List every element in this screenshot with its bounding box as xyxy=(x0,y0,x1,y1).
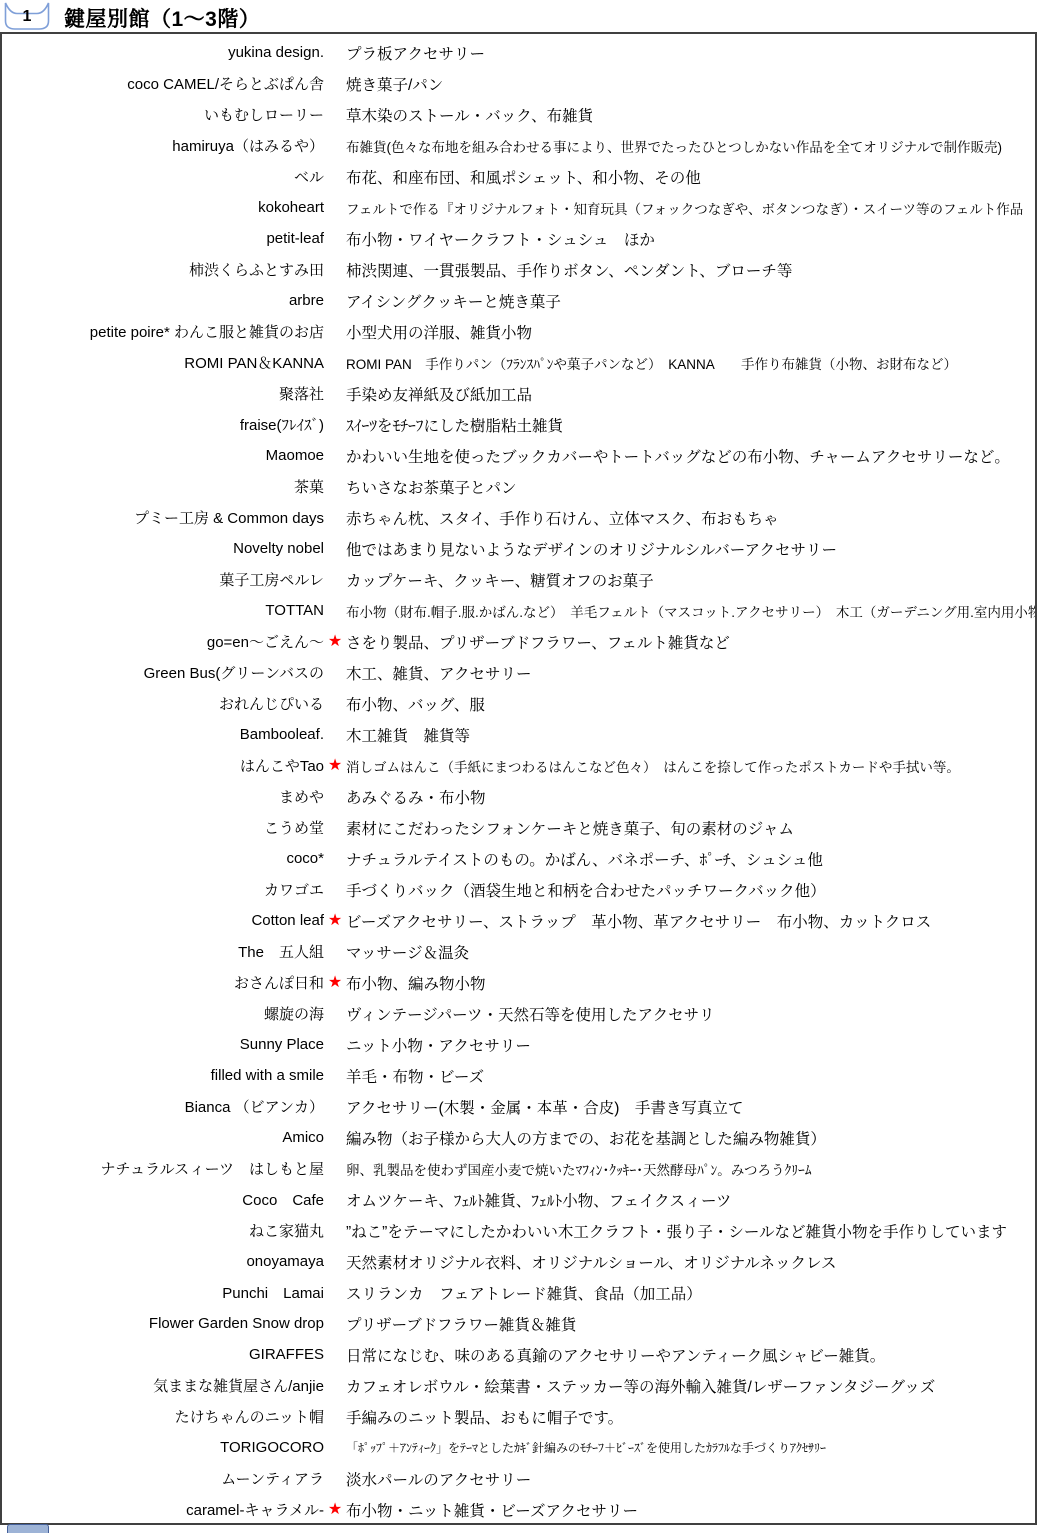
shop-name: go=en～ごえん～ xyxy=(2,631,324,652)
shop-name: たけちゃんのニット帽 xyxy=(2,1406,324,1427)
shop-description: カフェオレボウル・絵葉書・ステッカー等の海外輸入雑貨/レザーファンタジーグッズ xyxy=(346,1375,1035,1397)
shop-name: coco CAMEL/そらとぶぱん舎 xyxy=(2,73,324,94)
shop-description: 卵、乳製品を使わず国産小麦で焼いたﾏﾌｨﾝ･ｸｯｷｰ･天然酵母ﾊﾟﾝ。みつろうｸ… xyxy=(346,1159,1035,1179)
table-row: onoyamaya 天然素材オリジナル衣料、オリジナルショール、オリジナルネック… xyxy=(2,1246,1035,1277)
section-number-marker: 1 xyxy=(4,2,50,30)
shop-name: Maomoe xyxy=(2,447,324,464)
vendor-table: yukina design. プラ板アクセサリー coco CAMEL/そらとぶ… xyxy=(0,32,1037,1525)
shop-name: はんこやTao xyxy=(2,755,324,776)
table-row: まめや あみぐるみ・布小物 xyxy=(2,781,1035,812)
shop-description: フェルトで作る『オリジナルフォト・知育玩具（フォックつなぎや、ボタンつなぎ）・ス… xyxy=(346,198,1035,218)
shop-description: プラ板アクセサリー xyxy=(346,42,1035,64)
section-title: 鍵屋別館（1～3階） xyxy=(64,3,260,33)
table-row: kokoheart フェルトで作る『オリジナルフォト・知育玩具（フォックつなぎや… xyxy=(2,192,1035,223)
table-row: filled with a smile 羊毛・布物・ビーズ xyxy=(2,1060,1035,1091)
table-row: petite poire* わんこ服と雑貨のお店 小型犬用の洋服、雑貨小物 xyxy=(2,316,1035,347)
table-row: ナチュラルスィーツ はしもと屋 卵、乳製品を使わず国産小麦で焼いたﾏﾌｨﾝ･ｸｯ… xyxy=(2,1153,1035,1184)
table-row: たけちゃんのニット帽 手編みのニット製品、おもに帽子です。 xyxy=(2,1401,1035,1432)
shop-name: onoyamaya xyxy=(2,1253,324,1270)
shop-description: ちいさなお茶菓子とパン xyxy=(346,476,1035,498)
shop-description: スリランカ フェアトレード雑貨、食品（加工品） xyxy=(346,1282,1035,1304)
table-row: Flower Garden Snow drop プリザーブドフラワー雑貨＆雑貨 xyxy=(2,1308,1035,1339)
shop-name: ねこ家猫丸 xyxy=(2,1220,324,1241)
shop-name: いもむしローリー xyxy=(2,104,324,125)
shop-description: オムツケーキ、ﾌｪﾙﾄ雑貨、ﾌｪﾙﾄ小物、フェイクスィーツ xyxy=(346,1189,1035,1211)
shop-description: 木工、雑貨、アクセサリー xyxy=(346,662,1035,684)
section-header: 1 鍵屋別館（1～3階） xyxy=(0,0,1037,33)
shop-description: 赤ちゃん枕、スタイ、手作り石けん、立体マスク、布おもちゃ xyxy=(346,507,1035,529)
table-row: 菓子工房ペルレ カップケーキ、クッキー、糖質オフのお菓子 xyxy=(2,564,1035,595)
shop-name: Sunny Place xyxy=(2,1036,324,1053)
shop-name: カワゴエ xyxy=(2,879,324,900)
shop-description: アイシングクッキーと焼き菓子 xyxy=(346,290,1035,312)
table-row: Sunny Place ニット小物・アクセサリー xyxy=(2,1029,1035,1060)
shop-description: ROMI PAN 手作りパン（ﾌﾗﾝｽﾊﾟﾝや菓子パンなど） KANNA 手作り… xyxy=(346,353,1035,373)
star-icon: ★ xyxy=(324,1502,346,1518)
shop-name: 気ままな雑貨屋さん/anjie xyxy=(2,1375,324,1396)
table-row: coco CAMEL/そらとぶぱん舎 焼き菓子/パン xyxy=(2,68,1035,99)
shop-name: Bianca （ビアンカ） xyxy=(2,1096,324,1117)
shop-description: 淡水パールのアクセサリー xyxy=(346,1468,1035,1490)
shop-description: 布小物、編み物小物 xyxy=(346,972,1035,994)
table-row: Novelty nobel 他ではあまり見ないようなデザインのオリジナルシルバー… xyxy=(2,533,1035,564)
shop-name: TOTTAN xyxy=(2,602,324,619)
table-row: Coco Cafe オムツケーキ、ﾌｪﾙﾄ雑貨、ﾌｪﾙﾄ小物、フェイクスィーツ xyxy=(2,1184,1035,1215)
shop-description: 木工雑貨 雑貨等 xyxy=(346,724,1035,746)
shop-description: 布小物、バッグ、服 xyxy=(346,693,1035,715)
shop-description: 手づくりバック（酒袋生地と和柄を合わせたパッチワークバック他） xyxy=(346,879,1035,901)
table-row: yukina design. プラ板アクセサリー xyxy=(2,37,1035,68)
shop-name: まめや xyxy=(2,786,324,807)
shop-description: 手編みのニット製品、おもに帽子です。 xyxy=(346,1406,1035,1428)
shop-name: yukina design. xyxy=(2,44,324,61)
shop-name: petit-leaf xyxy=(2,230,324,247)
shop-description: 草木染のストール・バック、布雑貨 xyxy=(346,104,1035,126)
table-row: Maomoe かわいい生地を使ったブックカバーやトートバッグなどの布小物、チャー… xyxy=(2,440,1035,471)
shop-name: kokoheart xyxy=(2,199,324,216)
shop-name: petite poire* わんこ服と雑貨のお店 xyxy=(2,321,324,342)
shop-name: Punchi Lamai xyxy=(2,1282,324,1303)
shop-name: Bambooleaf. xyxy=(2,726,324,743)
table-row: GIRAFFES 日常になじむ、味のある真鍮のアクセサリーやアンティーク風シャビ… xyxy=(2,1339,1035,1370)
shop-description: プリザーブドフラワー雑貨＆雑貨 xyxy=(346,1313,1035,1335)
shop-name: こうめ堂 xyxy=(2,817,324,838)
star-icon: ★ xyxy=(324,758,346,774)
table-row: プミー工房 & Common days 赤ちゃん枕、スタイ、手作り石けん、立体マ… xyxy=(2,502,1035,533)
shop-name: プミー工房 & Common days xyxy=(2,507,324,528)
shop-name: 菓子工房ペルレ xyxy=(2,569,324,590)
table-row: こうめ堂 素材にこだわったシフォンケーキと焼き菓子、旬の素材のジャム xyxy=(2,812,1035,843)
shop-description: 柿渋関連、一貫張製品、手作りボタン、ペンダント、ブローチ等 xyxy=(346,259,1035,281)
table-row: おさんぽ日和 ★ 布小物、編み物小物 xyxy=(2,967,1035,998)
table-row: Punchi Lamai スリランカ フェアトレード雑貨、食品（加工品） xyxy=(2,1277,1035,1308)
shop-name: Flower Garden Snow drop xyxy=(2,1315,324,1332)
shop-name: ROMI PAN＆KANNA xyxy=(2,352,324,373)
shop-description: 焼き菓子/パン xyxy=(346,73,1035,95)
table-row: hamiruya（はみるや） 布雑貨(色々な布地を組み合わせる事により、世界でた… xyxy=(2,130,1035,161)
shop-description: かわいい生地を使ったブックカバーやトートバッグなどの布小物、チャームアクセサリー… xyxy=(346,445,1035,467)
table-row: 聚落社 手染め友禅紙及び紙加工品 xyxy=(2,378,1035,409)
shop-name: The 五人組 xyxy=(2,941,324,962)
shop-description: 羊毛・布物・ビーズ xyxy=(346,1065,1035,1087)
shop-name: Novelty nobel xyxy=(2,540,324,557)
star-icon: ★ xyxy=(324,975,346,991)
star-icon: ★ xyxy=(324,913,346,929)
shop-name: ナチュラルスィーツ はしもと屋 xyxy=(2,1158,324,1179)
table-row: Bambooleaf. 木工雑貨 雑貨等 xyxy=(2,719,1035,750)
shop-description: 布小物（財布.帽子.服.かばん.など） 羊毛フェルト（マスコット.アクセサリー）… xyxy=(346,601,1035,621)
table-row: Amico 編み物（お子様から大人の方までの、お花を基調とした編み物雑貨） xyxy=(2,1122,1035,1153)
star-icon: ★ xyxy=(324,634,346,650)
shop-description: ビーズアクセサリー、ストラップ 革小物、革アクセサリー 布小物、カットクロス xyxy=(346,910,1035,932)
table-row: 気ままな雑貨屋さん/anjie カフェオレボウル・絵葉書・ステッカー等の海外輸入… xyxy=(2,1370,1035,1401)
shop-description: ニット小物・アクセサリー xyxy=(346,1034,1035,1056)
shop-description: 手染め友禅紙及び紙加工品 xyxy=(346,383,1035,405)
table-row: The 五人組 マッサージ＆温灸 xyxy=(2,936,1035,967)
table-row: TOTTAN 布小物（財布.帽子.服.かばん.など） 羊毛フェルト（マスコット.… xyxy=(2,595,1035,626)
shop-name: TORIGOCORO xyxy=(2,1439,324,1456)
shop-name: 聚落社 xyxy=(2,383,324,404)
table-row: カワゴエ 手づくりバック（酒袋生地と和柄を合わせたパッチワークバック他） xyxy=(2,874,1035,905)
shop-description: ”ねこ”をテーマにしたかわいい木工クラフト・張り子・シールなど雑貨小物を手作りし… xyxy=(346,1220,1035,1242)
table-row: Green Bus(グリーンバスの 木工、雑貨、アクセサリー xyxy=(2,657,1035,688)
table-row: 茶菓 ちいさなお茶菓子とパン xyxy=(2,471,1035,502)
table-row: ねこ家猫丸 ”ねこ”をテーマにしたかわいい木工クラフト・張り子・シールなど雑貨小… xyxy=(2,1215,1035,1246)
shop-description: ナチュラルテイストのもの。かばん、バネポーチ、ﾎﾟｰﾁ、シュシュ他 xyxy=(346,848,1035,870)
shop-name: 螺旋の海 xyxy=(2,1003,324,1024)
shop-name: ベル xyxy=(2,166,324,187)
shop-name: Cotton leaf xyxy=(2,912,324,929)
shop-name: Coco Cafe xyxy=(2,1189,324,1210)
table-row: fraise(ﾌﾚｲｽﾞ) ｽｲｰﾂをﾓﾁｰﾌにした樹脂粘土雑貨 xyxy=(2,409,1035,440)
shop-description: さをり製品、プリザーブドフラワー、フェルト雑貨など xyxy=(346,631,1035,653)
shop-name: arbre xyxy=(2,292,324,309)
shop-name: hamiruya（はみるや） xyxy=(2,135,324,156)
table-row: ROMI PAN＆KANNA ROMI PAN 手作りパン（ﾌﾗﾝｽﾊﾟﾝや菓子… xyxy=(2,347,1035,378)
shop-name: GIRAFFES xyxy=(2,1346,324,1363)
shop-name: 柿渋くらふとすみ田 xyxy=(2,259,324,280)
shop-description: ヴィンテージパーツ・天然石等を使用したアクセサリ xyxy=(346,1003,1035,1025)
shop-name: Green Bus(グリーンバスの xyxy=(2,662,324,683)
shop-description: 編み物（お子様から大人の方までの、お花を基調とした編み物雑貨） xyxy=(346,1127,1035,1149)
table-row: Cotton leaf ★ ビーズアクセサリー、ストラップ 革小物、革アクセサリ… xyxy=(2,905,1035,936)
shop-name: Amico xyxy=(2,1129,324,1146)
shop-description: 布小物・ニット雑貨・ビーズアクセサリー xyxy=(346,1499,1035,1521)
table-row: coco* ナチュラルテイストのもの。かばん、バネポーチ、ﾎﾟｰﾁ、シュシュ他 xyxy=(2,843,1035,874)
table-row: ベル 布花、和座布団、和風ポシェット、和小物、その他 xyxy=(2,161,1035,192)
shop-description: 布雑貨(色々な布地を組み合わせる事により、世界でたったひとつしかない作品を全てオ… xyxy=(346,136,1035,156)
shop-description: 布花、和座布団、和風ポシェット、和小物、その他 xyxy=(346,166,1035,188)
shop-description: アクセサリー(木製・金属・本革・合皮) 手書き写真立て xyxy=(346,1096,1035,1118)
table-row: いもむしローリー 草木染のストール・バック、布雑貨 xyxy=(2,99,1035,130)
shop-name: おさんぽ日和 xyxy=(2,972,324,993)
table-row: arbre アイシングクッキーと焼き菓子 xyxy=(2,285,1035,316)
shop-description: 小型犬用の洋服、雑貨小物 xyxy=(346,321,1035,343)
shop-name: caramel-キャラメル- xyxy=(2,1499,324,1520)
shop-description: ｽｲｰﾂをﾓﾁｰﾌにした樹脂粘土雑貨 xyxy=(346,414,1035,436)
shop-name: 茶菓 xyxy=(2,476,324,497)
shop-description: 天然素材オリジナル衣料、オリジナルショール、オリジナルネックレス xyxy=(346,1251,1035,1273)
shop-name: fraise(ﾌﾚｲｽﾞ) xyxy=(2,414,324,435)
table-row: petit-leaf 布小物・ワイヤークラフト・シュシュ ほか xyxy=(2,223,1035,254)
table-row: 柿渋くらふとすみ田 柿渋関連、一貫張製品、手作りボタン、ペンダント、ブローチ等 xyxy=(2,254,1035,285)
shop-description: 布小物・ワイヤークラフト・シュシュ ほか xyxy=(346,228,1035,250)
shop-name: おれんじぴいる xyxy=(2,693,324,714)
shop-description: あみぐるみ・布小物 xyxy=(346,786,1035,808)
table-row: ムーンティアラ 淡水パールのアクセサリー xyxy=(2,1463,1035,1494)
table-row: おれんじぴいる 布小物、バッグ、服 xyxy=(2,688,1035,719)
shop-description: 消しゴムはんこ（手紙にまつわるはんこなど色々） はんこを捺して作ったポストカード… xyxy=(346,756,1035,776)
table-row: caramel-キャラメル- ★ 布小物・ニット雑貨・ビーズアクセサリー xyxy=(2,1494,1035,1525)
section-number: 1 xyxy=(4,8,50,26)
shop-name: filled with a smile xyxy=(2,1067,324,1084)
table-row: はんこやTao ★ 消しゴムはんこ（手紙にまつわるはんこなど色々） はんこを捺し… xyxy=(2,750,1035,781)
shop-description: マッサージ＆温灸 xyxy=(346,941,1035,963)
shop-description: カップケーキ、クッキー、糖質オフのお菓子 xyxy=(346,569,1035,591)
shop-description: 素材にこだわったシフォンケーキと焼き菓子、旬の素材のジャム xyxy=(346,817,1035,839)
table-row: 螺旋の海 ヴィンテージパーツ・天然石等を使用したアクセサリ xyxy=(2,998,1035,1029)
vendor-list-page: 1 鍵屋別館（1～3階） yukina design. プラ板アクセサリー co… xyxy=(0,0,1037,1533)
shop-description: 「ﾎﾟｯﾌﾟ＋ｱﾝﾃｨｰｸ」をﾃｰﾏとしたｶｷﾞ針編みのﾓﾁｰﾌ＋ﾋﾞｰｽﾞを使… xyxy=(346,1439,1035,1456)
table-row: TORIGOCORO 「ﾎﾟｯﾌﾟ＋ｱﾝﾃｨｰｸ」をﾃｰﾏとしたｶｷﾞ針編みのﾓ… xyxy=(2,1432,1035,1463)
shop-name: ムーンティアラ xyxy=(2,1468,324,1489)
shop-name: coco* xyxy=(2,850,324,867)
shop-description: 他ではあまり見ないようなデザインのオリジナルシルバーアクセサリー xyxy=(346,538,1035,560)
next-section-marker-partial xyxy=(7,1524,49,1533)
shop-description: 日常になじむ、味のある真鍮のアクセサリーやアンティーク風シャビー雑貨。 xyxy=(346,1344,1035,1366)
table-row: Bianca （ビアンカ） アクセサリー(木製・金属・本革・合皮) 手書き写真立… xyxy=(2,1091,1035,1122)
table-row: go=en～ごえん～ ★ さをり製品、プリザーブドフラワー、フェルト雑貨など xyxy=(2,626,1035,657)
